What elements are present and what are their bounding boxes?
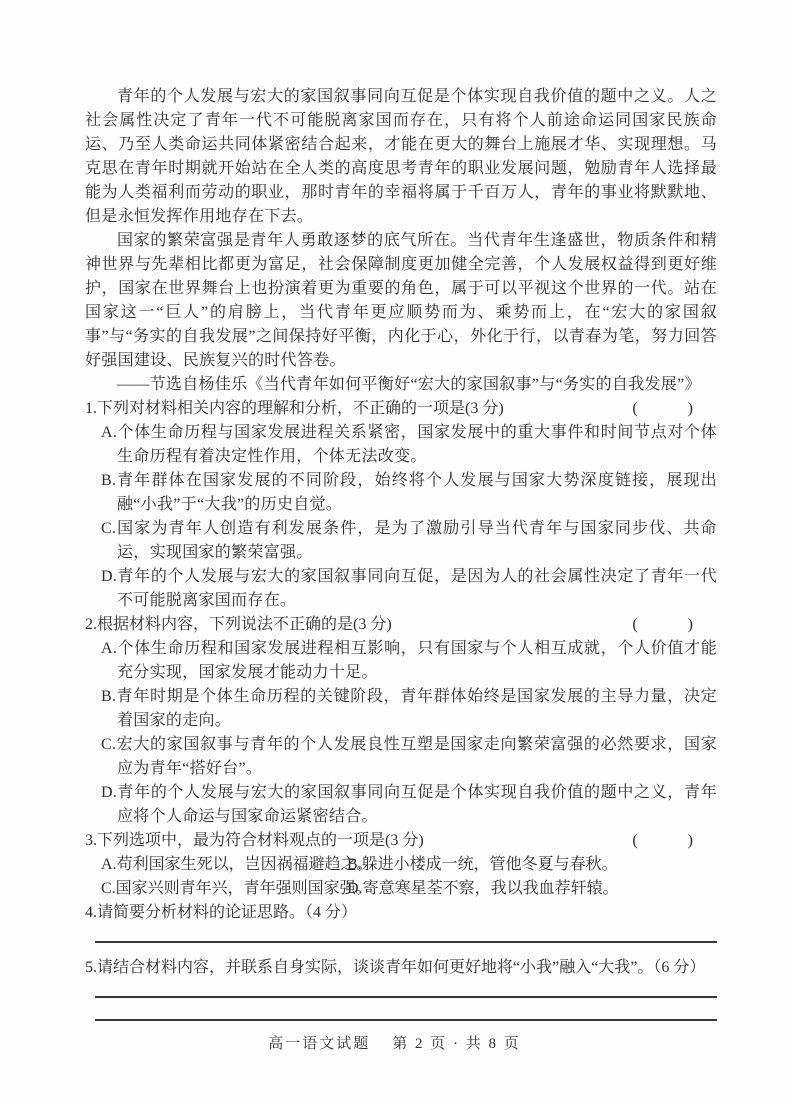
question-2-option-a: A.个体生命历程和国家发展进程相互影响，只有国家与个人相互成就，个人价值才能充分… xyxy=(85,637,717,685)
question-4: 4.请简要分析材料的论证思路。（4 分） xyxy=(85,901,717,943)
passage-attribution: ——节选自杨佳乐《当代青年如何平衡好“宏大的家国叙事”与“务实的自我发展”》 xyxy=(85,373,717,397)
question-1-stem: 1.下列对材料相关内容的理解和分析，不正确的一项是(3 分) ( ) xyxy=(85,397,717,421)
passage-paragraph-1: 青年的个人发展与宏大的家国叙事同向互促是个体实现自我价值的题中之义。人之社会属性… xyxy=(85,85,717,229)
question-3-options: A.苟利国家生死以，岂因祸福避趋之。 B.躲进小楼成一统，管他冬夏与春秋。 C.… xyxy=(85,853,717,901)
question-5-stem-text: 5.请结合材料内容，并联系自身实际，谈谈青年如何更好地将“小我”融入“大我”。（… xyxy=(85,956,717,980)
question-5-stem: 5.请结合材料内容，并联系自身实际，谈谈青年如何更好地将“小我”融入“大我”。（… xyxy=(85,956,717,980)
question-3-number: 3. xyxy=(85,832,97,849)
question-1-stem-text: 1.下列对材料相关内容的理解和分析，不正确的一项是(3 分) xyxy=(85,397,632,421)
question-5-number: 5. xyxy=(85,959,97,976)
question-2: 2.根据材料内容，下列说法不正确的是(3 分) ( ) A.个体生命历程和国家发… xyxy=(85,613,717,829)
question-2-number: 2. xyxy=(85,616,97,633)
question-2-stem: 2.根据材料内容，下列说法不正确的是(3 分) ( ) xyxy=(85,613,717,637)
question-3-option-c: C.国家兴则青年兴，青年强则国家强。 xyxy=(101,877,347,901)
exam-page: 青年的个人发展与宏大的家国叙事同向互促是个体实现自我价值的题中之义。人之社会属性… xyxy=(0,0,789,1099)
question-1-option-a: A.个体生命历程与国家发展进程关系紧密，国家发展中的重大事件和时间节点对个体生命… xyxy=(85,421,717,469)
question-2-answer-bracket: ( ) xyxy=(632,613,699,637)
question-4-stem: 4.请简要分析材料的论证思路。（4 分） xyxy=(85,901,717,925)
question-4-stem-text: 4.请简要分析材料的论证思路。（4 分） xyxy=(85,901,717,925)
question-5-answer-line-2 xyxy=(95,1019,717,1021)
question-5: 5.请结合材料内容，并联系自身实际，谈谈青年如何更好地将“小我”融入“大我”。（… xyxy=(85,956,717,1021)
question-3-answer-bracket: ( ) xyxy=(632,829,699,853)
question-3-stem: 3.下列选项中，最为符合材料观点的一项是(3 分) ( ) xyxy=(85,829,717,853)
footer-page-indicator: 第 2 页 · 共 8 页 xyxy=(392,1036,521,1052)
question-5-answer-line-1 xyxy=(95,996,717,998)
question-3: 3.下列选项中，最为符合材料观点的一项是(3 分) ( ) A.苟利国家生死以，… xyxy=(85,829,717,901)
question-1-option-b: B.青年群体在国家发展的不同阶段，始终将个人发展与国家大势深度链接，展现出融“小… xyxy=(85,469,717,517)
question-1-number: 1. xyxy=(85,400,97,417)
question-1-option-d: D.青年的个人发展与宏大的家国叙事同向互促，是因为人的社会属性决定了青年一代不可… xyxy=(85,565,717,613)
question-1-option-c: C.国家为青年人创造有利发展条件，是为了激励引导当代青年与国家同步伐、共命运，实… xyxy=(85,517,717,565)
reading-passage: 青年的个人发展与宏大的家国叙事同向互促是个体实现自我价值的题中之义。人之社会属性… xyxy=(85,85,717,397)
question-2-option-c: C.宏大的家国叙事与青年的个人发展良性互塑是国家走向繁荣富强的必然要求，国家应为… xyxy=(85,733,717,781)
question-2-option-d: D.青年的个人发展与宏大的家国叙事同向互促是个体实现自我价值的题中之义，青年应将… xyxy=(85,781,717,829)
question-4-number: 4. xyxy=(85,904,97,921)
footer-doc-title: 高一语文试题 xyxy=(268,1036,370,1052)
question-2-option-b: B.青年时期是个体生命历程的关键阶段，青年群体始终是国家发展的主导力量，决定着国… xyxy=(85,685,717,733)
page-footer: 高一语文试题第 2 页 · 共 8 页 xyxy=(0,1032,789,1056)
question-2-stem-text: 2.根据材料内容，下列说法不正确的是(3 分) xyxy=(85,613,632,637)
question-3-option-a: A.苟利国家生死以，岂因祸福避趋之。 xyxy=(101,853,347,877)
question-1-answer-bracket: ( ) xyxy=(632,397,699,421)
question-3-option-b: B.躲进小楼成一统，管他冬夏与春秋。 xyxy=(347,853,717,877)
question-3-stem-text: 3.下列选项中，最为符合材料观点的一项是(3 分) xyxy=(85,829,632,853)
question-1: 1.下列对材料相关内容的理解和分析，不正确的一项是(3 分) ( ) A.个体生… xyxy=(85,397,717,613)
question-4-answer-line xyxy=(95,941,717,943)
passage-paragraph-2: 国家的繁荣富强是青年人勇敢逐梦的底气所在。当代青年生逢盛世，物质条件和精神世界与… xyxy=(85,229,717,373)
question-3-option-d: D.寄意寒星荃不察，我以我血荐轩辕。 xyxy=(347,877,717,901)
